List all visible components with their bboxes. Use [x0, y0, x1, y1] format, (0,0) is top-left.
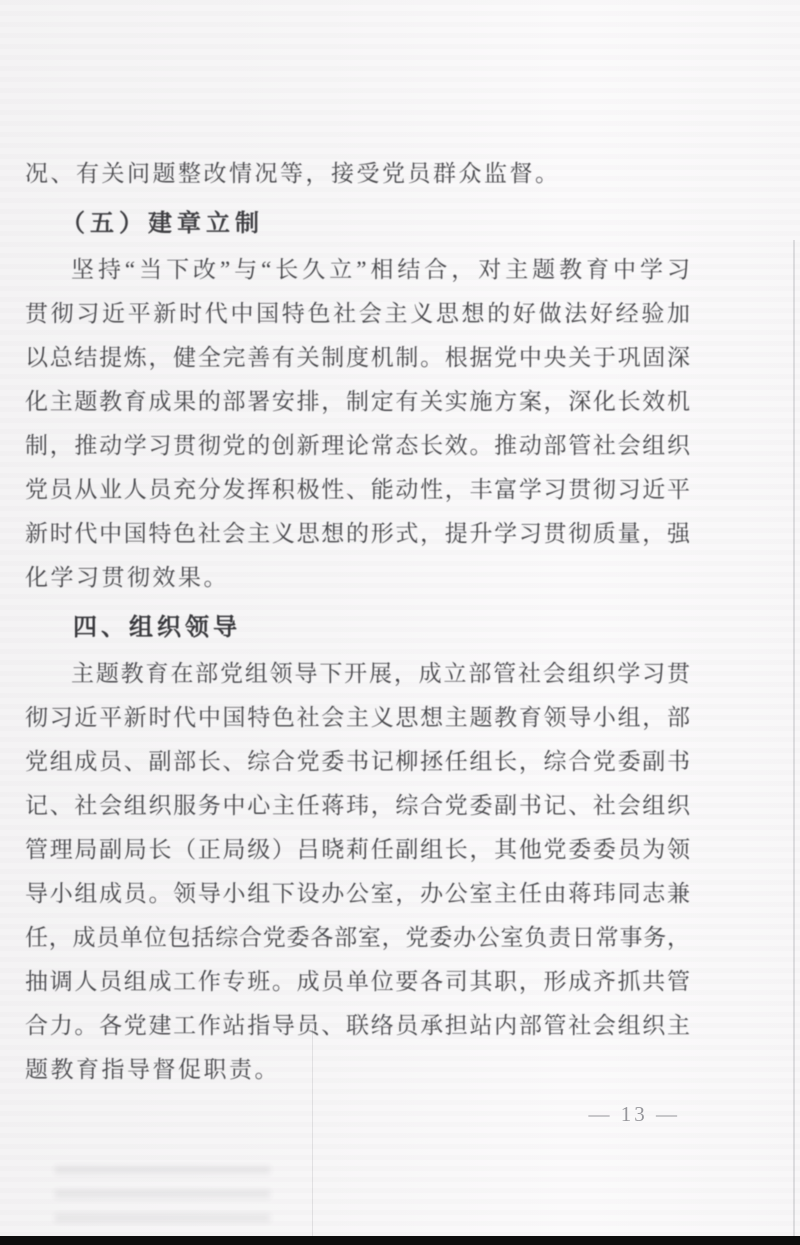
scan-artifact-bleedthrough-smudge — [55, 1150, 270, 1222]
text-block: 况、有关问题整改情况等，接受党员群众监督。（五）建章立制坚持“当下改”与“长久立… — [25, 152, 690, 1092]
document-page: 况、有关问题整改情况等，接受党员群众监督。（五）建章立制坚持“当下改”与“长久立… — [0, 0, 800, 1245]
text-line: 抽调人员组成工作专班。成员单位要各司其职，形成齐抓共管 — [25, 960, 690, 1004]
text-line: 化学习贯彻效果。 — [25, 556, 690, 600]
text-line: 贯彻习近平新时代中国特色社会主义思想的好做法好经验加 — [25, 292, 690, 336]
text-line: 况、有关问题整改情况等，接受党员群众监督。 — [25, 152, 690, 196]
text-line: 制，推动学习贯彻党的创新理论常态长效。推动部管社会组织 — [25, 424, 690, 468]
text-line: 以总结提炼，健全完善有关制度机制。根据党中央关于巩固深 — [25, 336, 690, 380]
section-heading: 四、组织领导 — [25, 606, 690, 650]
text-line: 记、社会组织服务中心主任蒋玮，综合党委副书记、社会组织 — [25, 784, 690, 828]
text-line: 管理局副局长（正局级）吕晓莉任副组长，其他党委委员为领 — [25, 828, 690, 872]
text-line: 任，成员单位包括综合党委各部室，党委办公室负责日常事务， — [25, 916, 690, 960]
text-line: 新时代中国特色社会主义思想的形式，提升学习贯彻质量，强 — [25, 512, 690, 556]
text-line: 主题教育在部党组领导下开展，成立部管社会组织学习贯 — [25, 652, 690, 696]
scan-edge-bar — [0, 1236, 800, 1245]
text-line: 合力。各党建工作站指导员、联络员承担站内部管社会组织主 — [25, 1004, 690, 1048]
text-line: 化主题教育成果的部署安排，制定有关实施方案，深化长效机 — [25, 380, 690, 424]
text-line: 题教育指导督促职责。 — [25, 1048, 690, 1092]
text-line: 彻习近平新时代中国特色社会主义思想主题教育领导小组，部 — [25, 696, 690, 740]
text-line: 党员从业人员充分发挥积极性、能动性，丰富学习贯彻习近平 — [25, 468, 690, 512]
page-number: — 13 — — [589, 1102, 681, 1127]
text-line: 导小组成员。领导小组下设办公室，办公室主任由蒋玮同志兼 — [25, 872, 690, 916]
section-heading: （五）建章立制 — [25, 202, 690, 246]
scan-artifact-vertical-line-bottom — [312, 1028, 313, 1245]
text-line: 党组成员、副部长、综合党委书记柳拯任组长，综合党委副书 — [25, 740, 690, 784]
text-line: 坚持“当下改”与“长久立”相结合，对主题教育中学习 — [25, 248, 690, 292]
scan-artifact-vertical-line-right — [793, 240, 795, 1245]
